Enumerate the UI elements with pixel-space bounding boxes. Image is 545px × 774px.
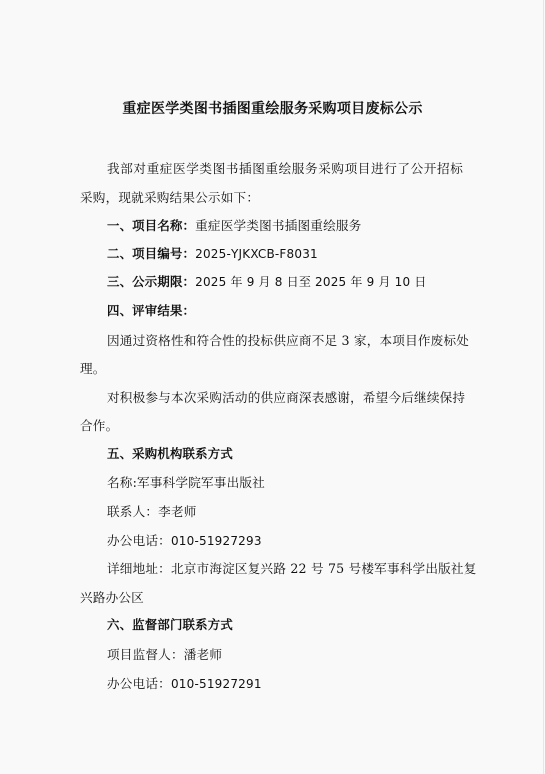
- thanks-line-1: 对积极参与本次采购活动的供应商深表感谢，希望今后继续保持: [107, 387, 463, 406]
- item-publicity-period: 三、公示期限：2025 年 9 月 8 日至 2025 年 9 月 10 日: [107, 272, 427, 290]
- phone-value: 010-51927291: [171, 677, 262, 691]
- review-result-line-1: 因通过资格性和符合性的投标供应商不足 3 家，本项目作废标处: [107, 330, 463, 349]
- item-value: 2025-YJKXCB-F8031: [195, 247, 318, 261]
- intro-line-1: 我部对重症医学类图书插图重绘服务采购项目进行了公开招标: [107, 158, 463, 177]
- item-label: 一、项目名称：: [107, 218, 195, 233]
- item-label: 四、评审结果：: [107, 303, 195, 318]
- intro-line-2: 采购，现就采购结果公示如下：: [80, 187, 259, 206]
- phone-label: 办公电话：: [107, 676, 171, 691]
- supervisor: 项目监督人：潘老师: [107, 644, 222, 663]
- procurement-address-line-1: 详细地址：北京市海淀区复兴路 22 号 75 号楼军事科学出版社复: [107, 558, 463, 577]
- item-project-number: 二、项目编号：2025-YJKXCB-F8031: [107, 244, 318, 262]
- review-result-line-2: 理。: [80, 358, 106, 377]
- supervision-contact-heading: 六、监督部门联系方式: [107, 615, 233, 633]
- phone-value: 010-51927293: [171, 534, 262, 548]
- procurement-address-line-2: 兴路办公区: [80, 587, 144, 606]
- procurement-contact-heading: 五、采购机构联系方式: [107, 444, 233, 462]
- procurement-phone: 办公电话：010-51927293: [107, 530, 262, 549]
- item-label: 二、项目编号：: [107, 246, 195, 261]
- supervision-phone: 办公电话：010-51927291: [107, 673, 262, 692]
- item-project-name: 一、项目名称：重症医学类图书插图重绘服务: [107, 215, 361, 234]
- thanks-line-2: 合作。: [80, 415, 118, 434]
- item-value: 重症医学类图书插图重绘服务: [195, 218, 361, 233]
- item-value: 2025 年 9 月 8 日至 2025 年 9 月 10 日: [195, 275, 426, 289]
- phone-label: 办公电话：: [107, 533, 171, 548]
- procurement-contact-person: 联系人：李老师: [107, 501, 197, 520]
- document-page: 重症医学类图书插图重绘服务采购项目废标公示 我部对重症医学类图书插图重绘服务采购…: [0, 0, 544, 774]
- document-title: 重症医学类图书插图重绘服务采购项目废标公示: [0, 98, 545, 118]
- item-label: 三、公示期限：: [107, 274, 195, 289]
- procurement-name: 名称:军事科学院军事出版社: [107, 472, 265, 491]
- item-review-result: 四、评审结果：: [107, 301, 195, 319]
